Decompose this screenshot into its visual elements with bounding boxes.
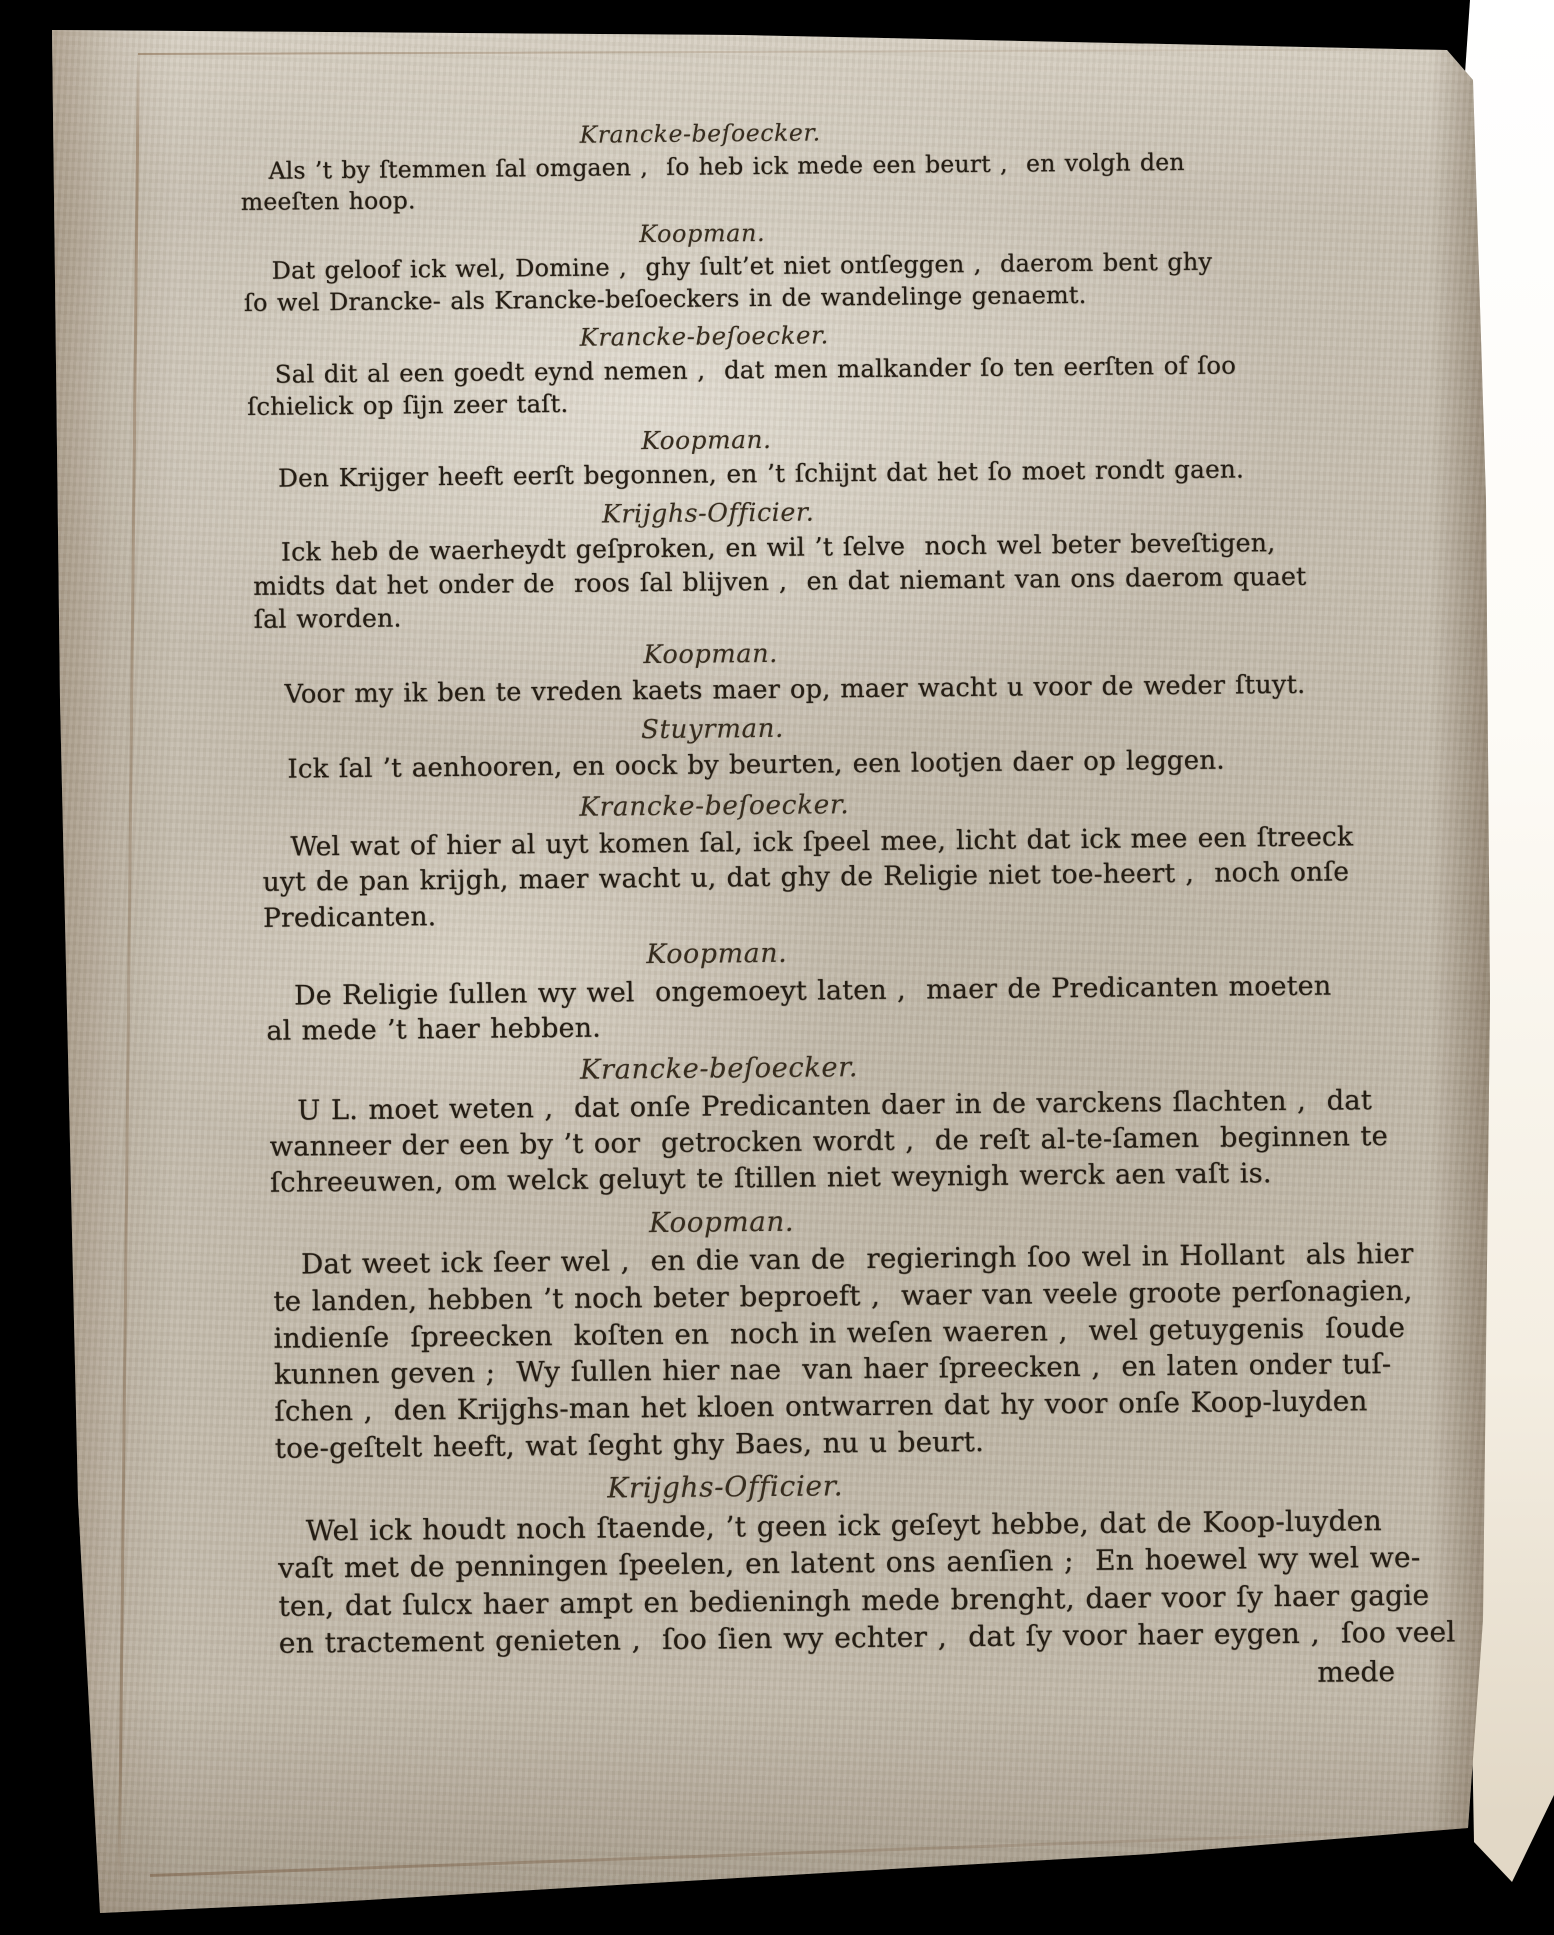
speech-paragraph: De Religie ſullen wy wel ongemoeyt laten…	[266, 970, 1169, 1050]
speech-paragraph: Wel ick houdt noch ſtaende, ’t geen ick …	[278, 1504, 1175, 1662]
text-line: en tractement genieten , ſoo ſien wy ech…	[279, 1616, 1175, 1662]
speech-paragraph: U L. moet weten , dat onſe Predicanten d…	[269, 1085, 1170, 1202]
speech-paragraph: Wel wat of hier al uyt komen ſal, ick ſp…	[262, 821, 1168, 935]
speaker-heading: Koopman.	[265, 933, 1168, 977]
crease-line-top	[138, 48, 1458, 55]
book-page: Krancke-beſoecker.Als ’t by ſtemmen ſal …	[40, 22, 1492, 1922]
speaker-heading: Koopman.	[272, 1200, 1170, 1245]
page-text: Krancke-beſoecker.Als ’t by ſtemmen ſal …	[240, 109, 1175, 1701]
speech-paragraph: Ick heb de waerheydt geſproken, en wil ’…	[253, 528, 1165, 637]
speech-paragraph: Voor my ik ben te vreden kaets maer op, …	[256, 669, 1165, 712]
text-line: Ick ſal ’t aenhooren, en oock by beurten…	[259, 745, 1166, 788]
dialogue: Krancke-beſoecker.Als ’t by ſtemmen ſal …	[240, 114, 1175, 1662]
speech-paragraph: Sal dit al een goedt eynd nemen , dat me…	[247, 350, 1163, 424]
speaker-heading: Krancke-beſoecker.	[262, 785, 1167, 828]
speaker-heading: Krijghs-Officier.	[277, 1465, 1173, 1510]
speech-paragraph: Dat weet ick ſeer wel , en die van de re…	[273, 1238, 1173, 1468]
crease-line-bottom	[150, 1828, 1479, 1877]
crease-line-vertical	[118, 48, 140, 1894]
text-line: Den Krijger heeft eerſt begonnen, en ’t …	[250, 454, 1164, 496]
speech-paragraph: Ick ſal ’t aenhooren, en oock by beurten…	[259, 745, 1166, 788]
photo-background: Krancke-beſoecker.Als ’t by ſtemmen ſal …	[0, 0, 1554, 1935]
speaker-heading: Krancke-beſoecker.	[269, 1047, 1170, 1091]
text-line: toe-geſtelt heeft, wat ſeght ghy Baes, n…	[275, 1422, 1173, 1467]
text-line: ſchreeuwen, om welck geluyt te ſtillen n…	[270, 1157, 1171, 1202]
speech-paragraph: Als ’t by ſtemmen ſal omgaen , ſo heb ic…	[240, 147, 1161, 218]
text-line: Voor my ik ben te vreden kaets maer op, …	[256, 669, 1165, 712]
speaker-heading: Stuyrman.	[259, 709, 1166, 752]
speech-paragraph: Den Krijger heeft eerſt begonnen, en ’t …	[250, 454, 1164, 496]
speech-paragraph: Dat geloof ick wel, Domine , ghy ſult’et…	[244, 247, 1162, 319]
text-line: al mede ’t haer hebben.	[266, 1006, 1169, 1050]
